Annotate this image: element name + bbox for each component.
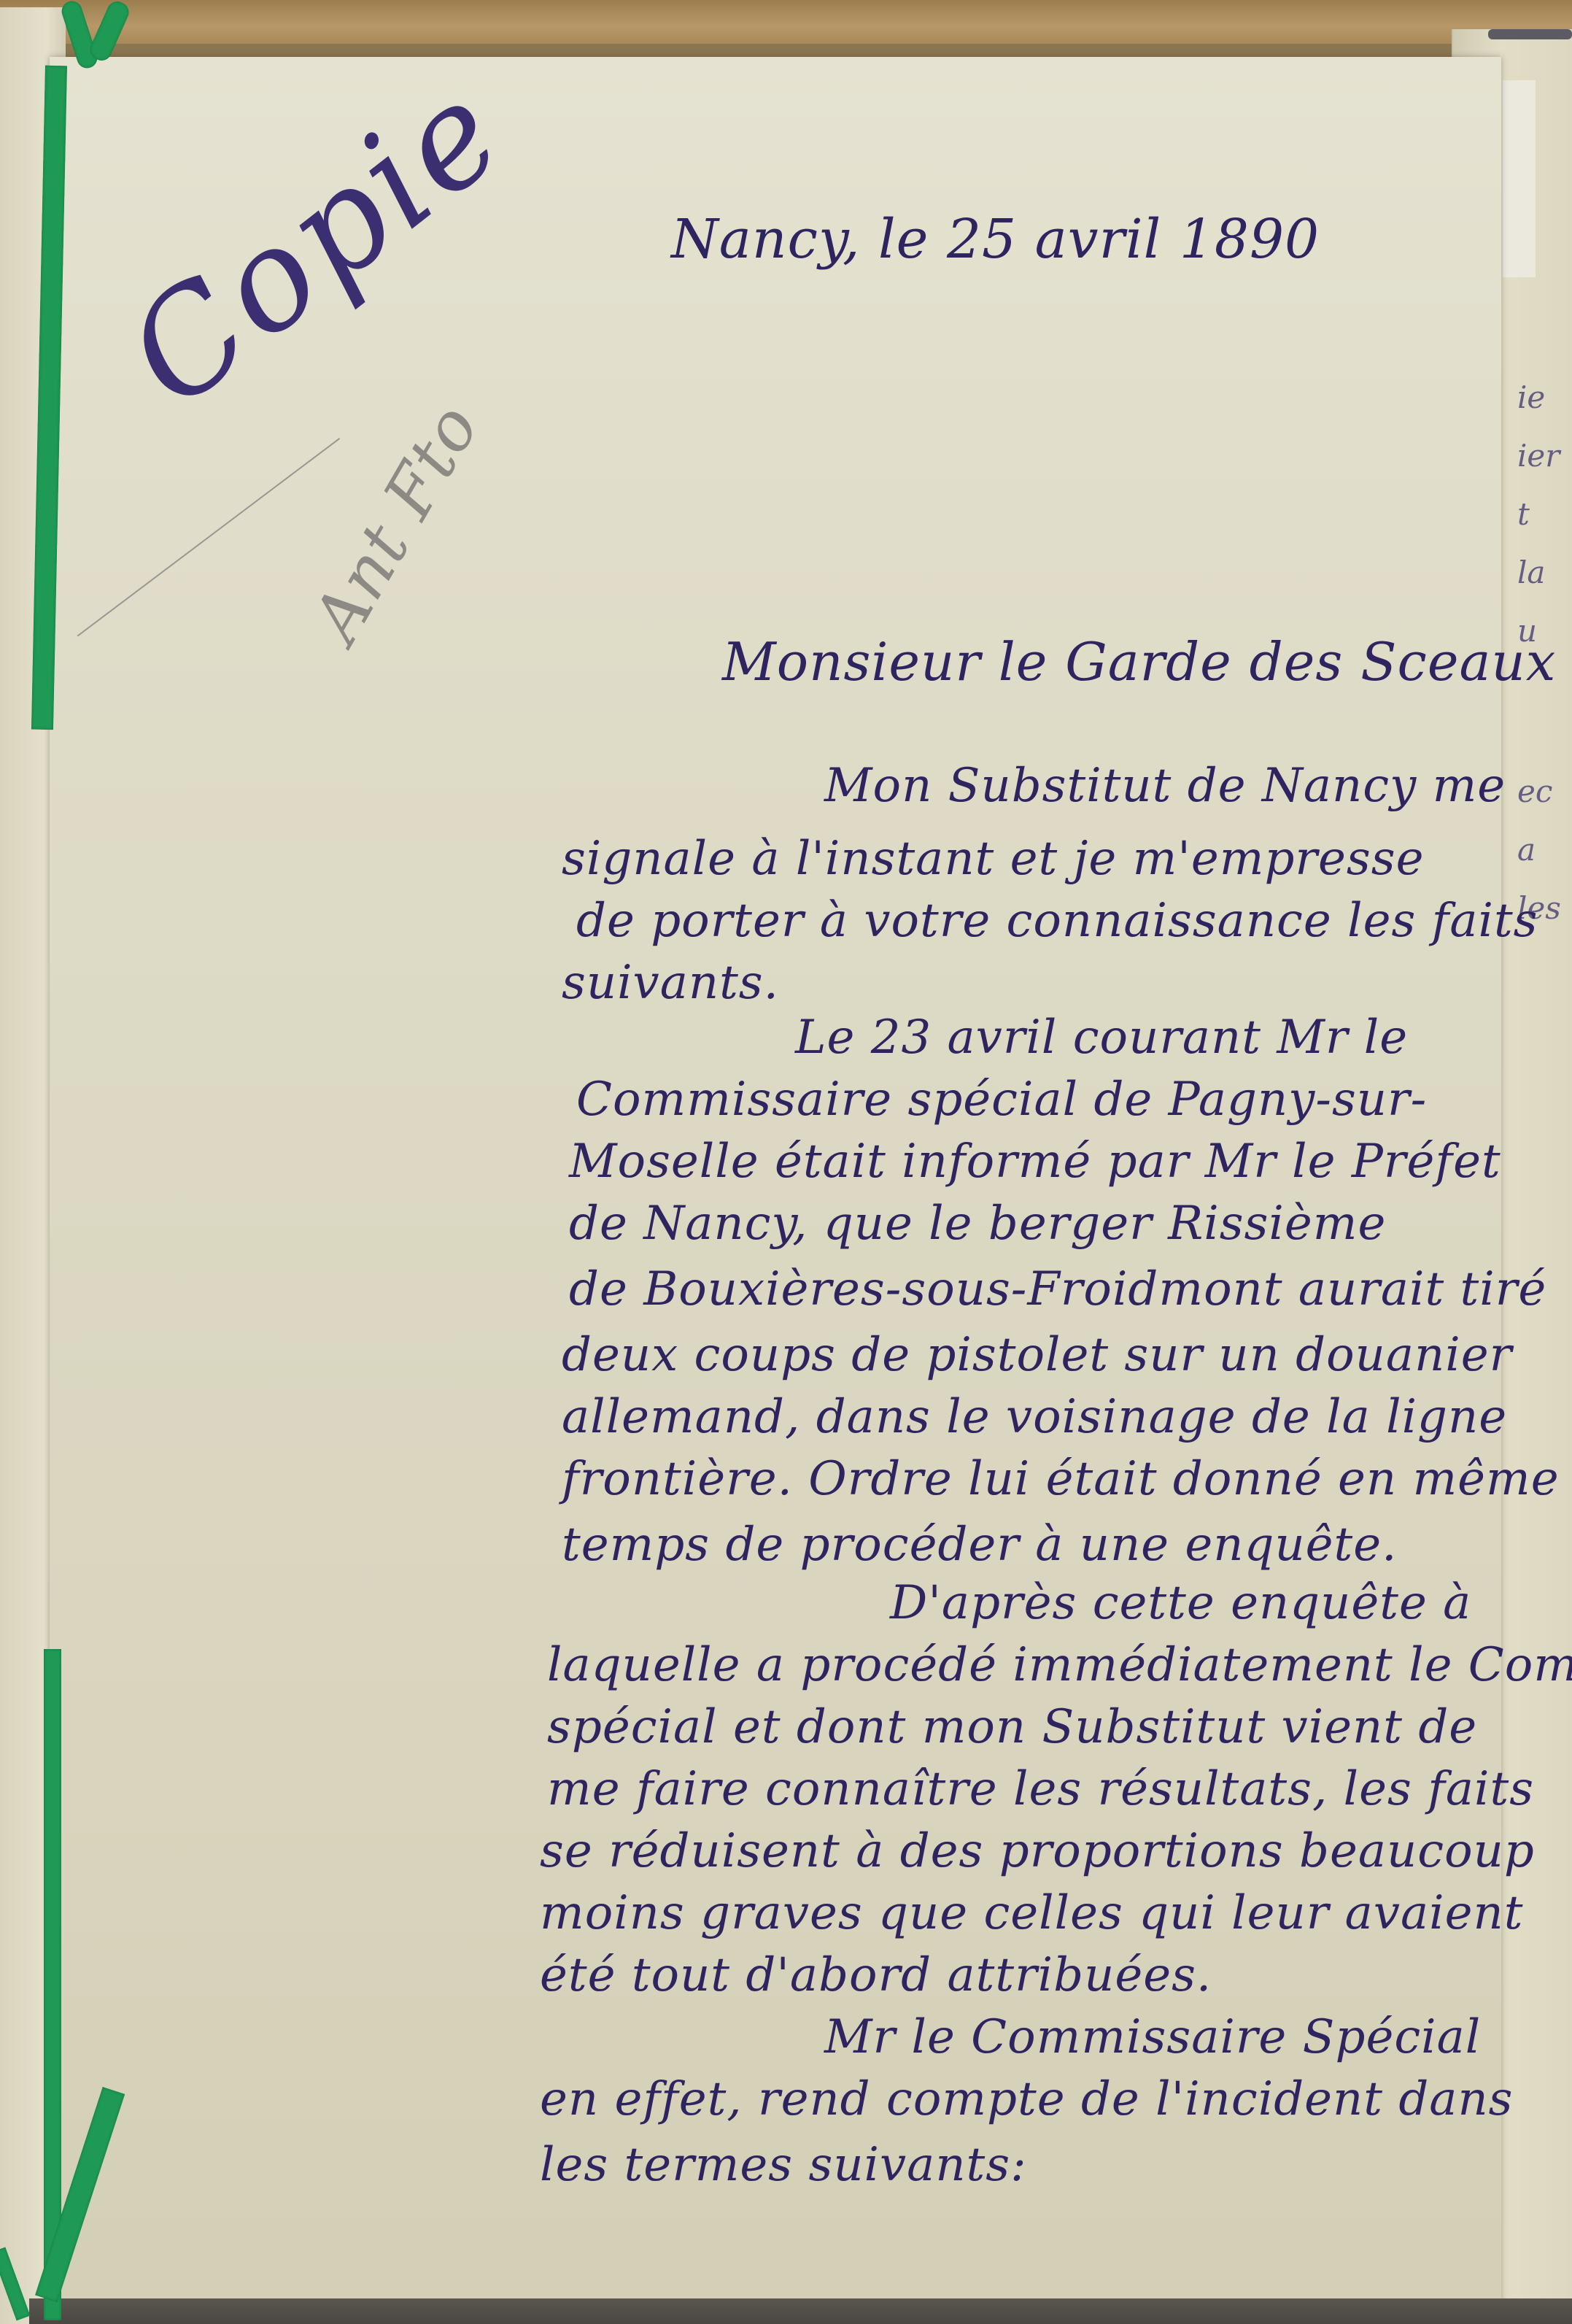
body-line: Mon Substitut de Nancy me: [824, 759, 1506, 813]
bleed-text: t: [1517, 496, 1530, 532]
paper-tab: [1503, 80, 1536, 277]
body-line: de porter à votre connaissance les faits: [576, 894, 1538, 948]
body-line: été tout d'abord attribuées.: [540, 1948, 1212, 2002]
body-line: deux coups de pistolet sur un douanier: [562, 1328, 1512, 1382]
place-date-line: Nancy, le 25 avril 1890: [671, 208, 1320, 271]
body-line: me faire connaître les résultats, les fa…: [547, 1762, 1534, 1816]
body-line: de Bouxières-sous-Froidmont aurait tiré: [569, 1262, 1546, 1316]
bleed-text: ier: [1517, 438, 1560, 474]
folder-edge: [1488, 29, 1572, 39]
bleed-text: la: [1517, 555, 1545, 590]
body-line: frontière. Ordre lui était donné en même: [562, 1452, 1560, 1506]
body-line: D'après cette enquête à: [890, 1576, 1471, 1630]
body-line: moins graves que celles qui leur avaient: [540, 1886, 1523, 1940]
body-line: suivants.: [562, 956, 779, 1010]
wooden-desk-surface: [0, 0, 1572, 44]
body-line: temps de procéder à une enquête.: [562, 1518, 1397, 1572]
body-line: Le 23 avril courant Mr le: [795, 1011, 1408, 1065]
bleed-text: ie: [1517, 379, 1545, 415]
bleed-text: ec: [1517, 773, 1552, 809]
body-line: se réduisent à des proportions beaucoup: [540, 1824, 1535, 1878]
body-line: signale à l'instant et je m'empresse: [562, 832, 1424, 886]
body-line: allemand, dans le voisinage de la ligne: [562, 1390, 1507, 1444]
body-line: Moselle était informé par Mr le Préfet: [569, 1135, 1501, 1189]
body-line: en effet, rend compte de l'incident dans: [540, 2072, 1514, 2126]
body-line: Commissaire spécial de Pagny-sur-: [576, 1073, 1427, 1127]
bleed-text: a: [1517, 832, 1536, 868]
salutation: Monsieur le Garde des Sceaux: [722, 631, 1556, 692]
body-line: spécial et dont mon Substitut vient de: [547, 1700, 1477, 1754]
body-line: de Nancy, que le berger Rissième: [569, 1197, 1386, 1251]
body-line: les termes suivants:: [540, 2138, 1027, 2192]
body-line: laquelle a procédé immédiatement le Comm…: [547, 1638, 1572, 1692]
body-line: Mr le Commissaire Spécial: [824, 2010, 1481, 2064]
page-bottom-edge: [29, 2298, 1572, 2324]
